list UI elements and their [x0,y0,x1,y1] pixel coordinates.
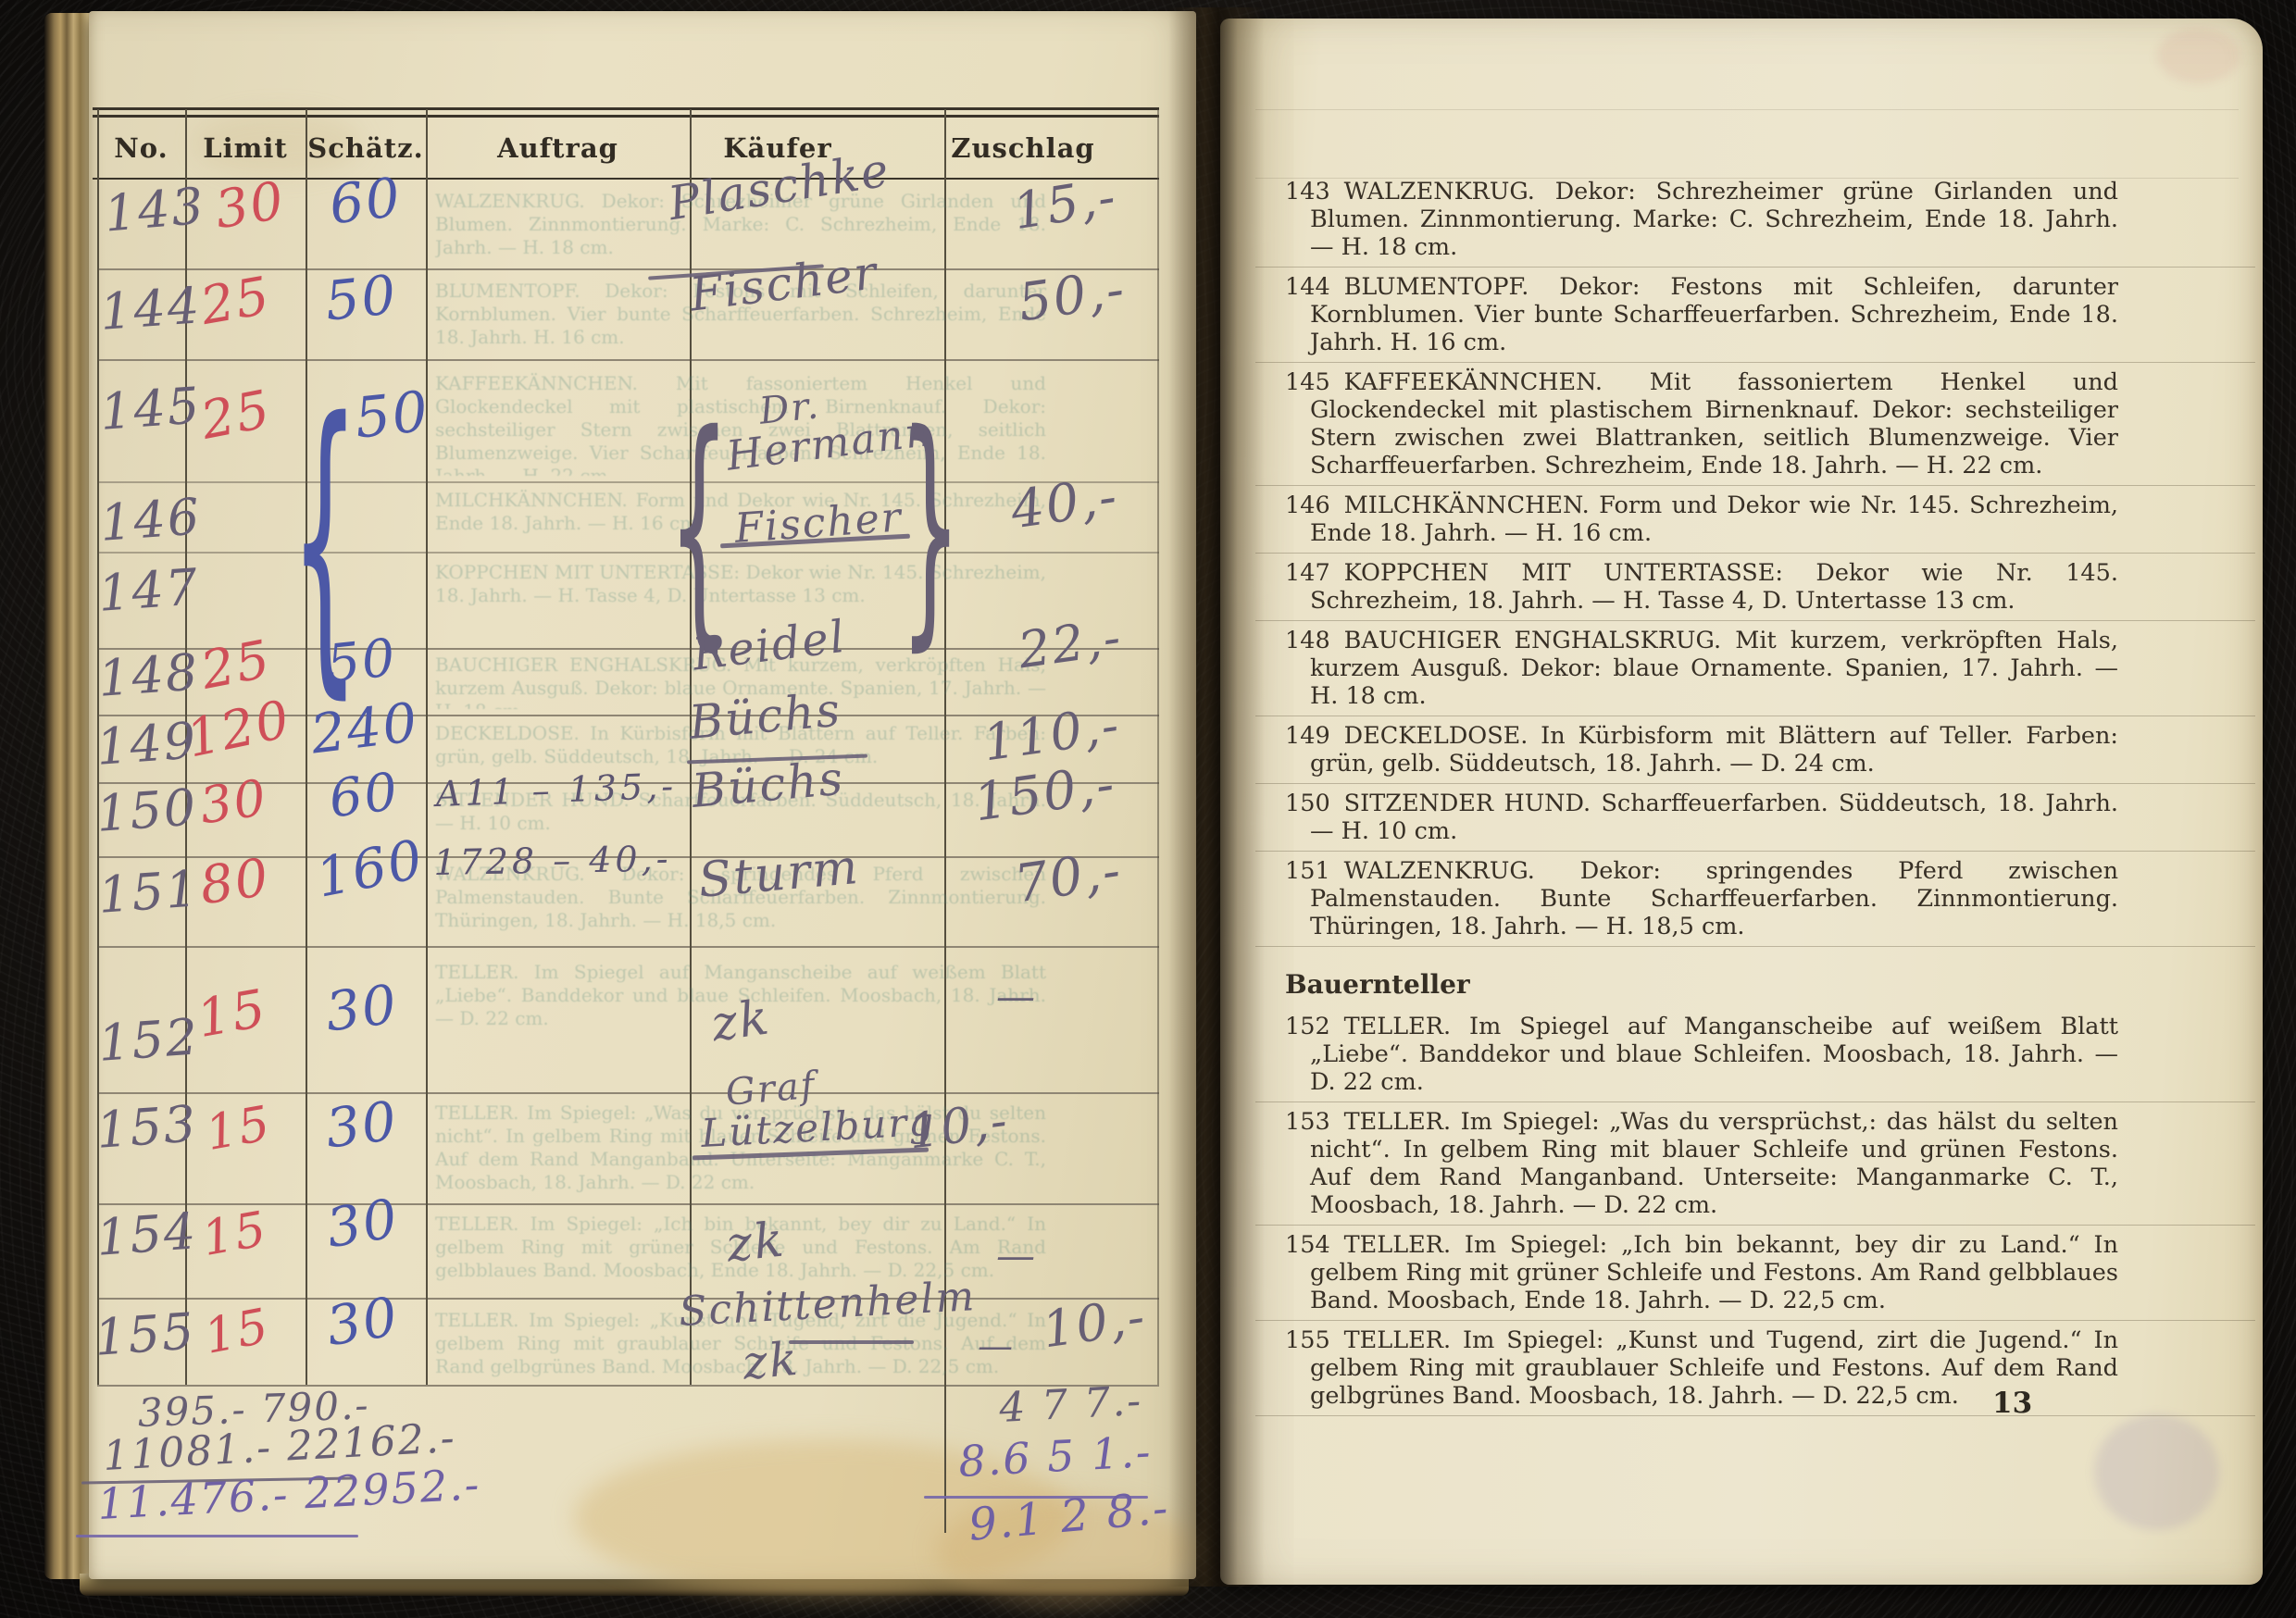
entry-text: TELLER. Im Spiegel auf Manganscheibe auf… [1310,1013,2118,1096]
row-rule [97,359,1159,361]
catalog-entry-148: 148BAUCHIGER ENGHALSKRUG. Mit kurzem, ve… [1285,621,2118,716]
catalog-entry-143: 143WALZENKRUG. Dekor: Schrezheimer grüne… [1285,172,2118,268]
col-rule-limit-schaetz [306,109,307,1385]
row-154-kaeufer-mark: zk [724,1212,788,1273]
entry-number: 153 [1285,1108,1344,1136]
row-155-kaeufer-mark: zk [741,1332,801,1390]
col-header-limit: Limit [185,132,306,164]
catalog-entry-150: 150SITZENDER HUND. Scharffeuerfarben. Sü… [1285,784,2118,852]
entry-number: 155 [1285,1326,1344,1354]
col-header-no: No. [97,132,185,164]
ink-smudge [2157,28,2240,83]
catalog-entry-144: 144BLUMENTOPF. Dekor: Festons mit Schlei… [1285,268,2118,363]
underline-stroke [789,1340,914,1344]
entry-text: SITZENDER HUND. Scharffeuerfarben. Südde… [1310,790,2118,845]
row-151-limit: 80 [196,848,274,917]
row-144-limit: 25 [196,266,275,337]
entry-text: WALZENKRUG. Dekor: Schrezheimer grüne Gi… [1310,178,2118,261]
row-151-no: 151 [96,859,201,924]
row-148-schaetz: 50 [324,628,400,695]
entry-number: 149 [1285,722,1344,750]
row-154-schaetz: 30 [322,1187,403,1260]
entry-number: 152 [1285,1013,1344,1040]
row-150-schaetz: 60 [326,762,403,830]
row-154-no: 154 [94,1201,199,1266]
row-155-zuschlag-dash: — [978,1326,1015,1366]
entry-number: 150 [1285,790,1344,817]
col-rule-right [1157,109,1159,1385]
row-152-no: 152 [96,1007,201,1072]
row-153-schaetz: 30 [322,1089,402,1161]
catalog-entry-154: 154TELLER. Im Spiegel: „Ich bin bekannt,… [1285,1226,2118,1321]
catalog-entry-152: 152TELLER. Im Spiegel auf Manganscheibe … [1285,1007,2118,1102]
entry-text: BLUMENTOPF. Dekor: Festons mit Schleifen… [1310,273,2118,356]
row-143-schaetz: 60 [326,166,406,237]
entry-number: 143 [1285,178,1344,205]
entry-text: TELLER. Im Spiegel: „Ich bin bekannt, be… [1310,1231,2118,1314]
underline-stroke [76,1535,358,1537]
row-148-no: 148 [96,642,201,707]
table-top-rule [93,107,1159,110]
totals-zuschlag-row1: 4 7 7.- [998,1377,1143,1432]
entry-number: 146 [1285,492,1344,519]
entry-number: 148 [1285,627,1344,654]
row-144-no: 144 [98,276,203,341]
entry-text: WALZENKRUG. Dekor: springendes Pferd zwi… [1310,857,2118,940]
row-153-no: 153 [94,1094,199,1159]
entry-text: KAFFEEKÄNNCHEN. Mit fassoniertem Henkel … [1310,368,2118,479]
entry-text: MILCHKÄNNCHEN. Form und Dekor wie Nr. 14… [1310,492,2118,547]
entry-number: 144 [1285,273,1344,301]
row-144-schaetz: 50 [322,263,400,333]
catalog-entry-153: 153TELLER. Im Spiegel: „Was du versprüch… [1285,1102,2118,1226]
entry-number: 154 [1285,1231,1344,1259]
row-149-schaetz: 240 [307,691,422,766]
row-153-limit: 15 [202,1096,276,1162]
catalog-entry-149: 149DECKELDOSE. In Kürbisform mit Blätter… [1285,716,2118,784]
row-152-schaetz: 30 [322,973,402,1044]
row-150-no: 150 [94,778,199,842]
row-155-no: 155 [93,1301,197,1366]
row-143-no: 143 [102,176,207,243]
row-150-limit: 30 [196,768,271,836]
entry-text: KOPPCHEN MIT UNTERTASSE: Dekor wie Nr. 1… [1310,559,2118,615]
entry-text: TELLER. Im Spiegel: „Was du versprüchst,… [1310,1108,2118,1219]
catalog-entry-151: 151WALZENKRUG. Dekor: springendes Pferd … [1285,852,2118,947]
row-rule [97,481,1159,483]
row-146-no: 146 [98,487,203,552]
row-147-no: 147 [96,557,201,622]
ink-smudge [2094,1414,2219,1530]
entry-text: BAUCHIGER ENGHALSKRUG. Mit kurzem, verkr… [1310,627,2118,710]
catalog-entry-145: 145KAFFEEKÄNNCHEN. Mit fassoniertem Henk… [1285,363,2118,486]
entry-number: 151 [1285,857,1344,885]
row-154-zuschlag: — [996,1233,1037,1278]
row-143-limit: 30 [211,170,290,241]
entry-number: 145 [1285,368,1344,396]
page-number: 13 [1992,1387,2032,1420]
row-150-auftrag: A11 – 135,- [435,765,678,815]
catalog-entry-list: 143WALZENKRUG. Dekor: Schrezheimer grüne… [1285,172,2118,1416]
row-155-schaetz: 30 [322,1285,403,1358]
row-151-auftrag: 1728 – 40,- [433,839,672,883]
entry-text: DECKELDOSE. In Kürbisform mit Blättern a… [1310,722,2118,778]
entry-number: 147 [1285,559,1344,587]
col-header-schaetz: Schätz. [306,132,426,164]
row-rule [97,552,1159,554]
col-header-auftrag: Auftrag [426,132,690,164]
row-145-no: 145 [98,376,203,441]
catalog-entry-146: 146MILCHKÄNNCHEN. Form und Dekor wie Nr.… [1285,486,2118,554]
row-152-kaeufer-mark: zk [708,989,774,1052]
open-auction-ledger-book-photo: No. Limit Schätz. Auftrag Käufer Zuschla… [0,0,2296,1618]
row-152-zuschlag: — [996,974,1037,1019]
catalog-entry-147: 147KOPPCHEN MIT UNTERTASSE: Dekor wie Nr… [1285,554,2118,621]
row-154-limit: 15 [198,1201,272,1267]
col-header-zuschlag: Zuschlag [926,132,1120,164]
totals-zuschlag-row2: 8.6 5 1.- [957,1426,1154,1487]
row-152-limit: 15 [193,978,271,1050]
section-heading-bauernteller: Bauernteller [1285,969,2118,1000]
col-rule-schaetz-auftrag [426,109,428,1385]
row-rule [97,946,1159,948]
table-top-rule-2 [93,115,1159,118]
bleed-rule [1255,109,2239,110]
group-145-147-schaetz: 50 [352,380,432,452]
